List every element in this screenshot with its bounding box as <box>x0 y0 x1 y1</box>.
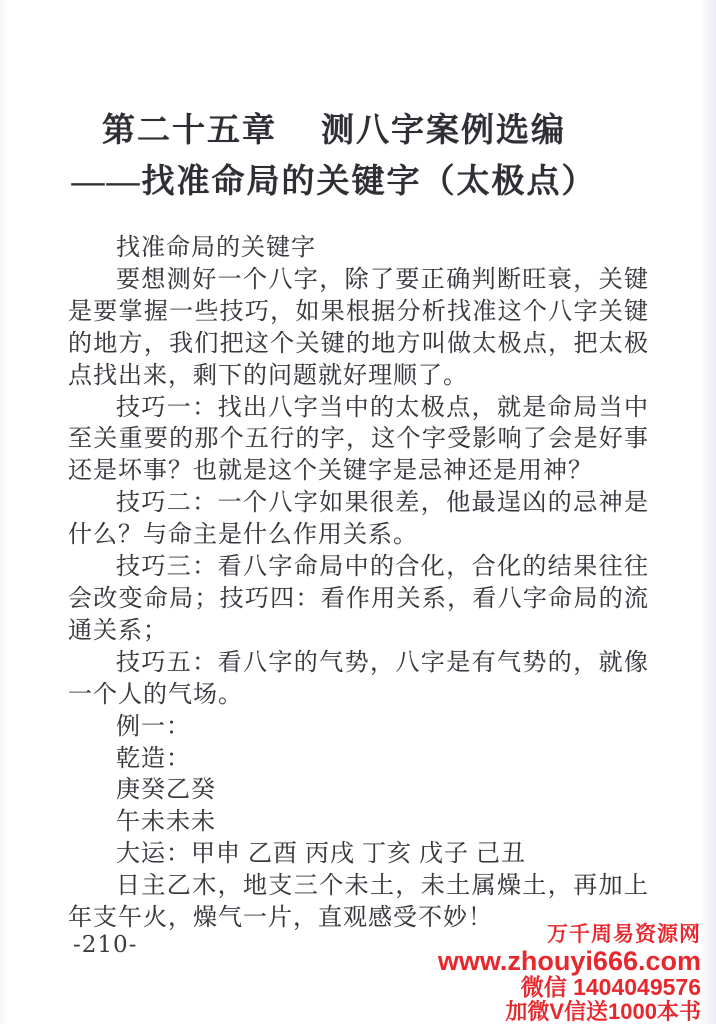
body-paragraph: 技巧三：看八字命局中的合化，合化的结果往往会改变命局；技巧四：看作用关系，看八字… <box>68 552 649 648</box>
earthly-branches-line: 午未未未 <box>68 807 649 839</box>
scanned-book-page: 第二十五章 测八字案例选编 ——找准命局的关键字（太极点） 找准命局的关键字 要… <box>0 0 716 1024</box>
body-text: 找准命局的关键字 要想测好一个八字，除了要正确判断旺衰，关键是要掌握一些技巧，如… <box>68 233 649 935</box>
chapter-number: 第二十五章 <box>102 106 277 157</box>
heavenly-stems-line: 庚癸乙癸 <box>68 775 649 807</box>
chapter-subject: 测八字案例选编 <box>321 106 566 157</box>
watermark-promo-text: 加微V信送1000本书 <box>438 1000 701 1024</box>
body-paragraph: 技巧二：一个八字如果很差，他最逞凶的忌神是什么？与命主是什么作用关系。 <box>68 488 649 552</box>
scan-edge-artifact-right <box>700 0 716 1024</box>
chapter-subtitle: ——找准命局的关键字（太极点） <box>0 157 668 208</box>
chapter-title: 第二十五章 测八字案例选编 <box>102 106 566 157</box>
body-paragraph: 技巧五：看八字的气势，八字是有气势的，就像一个人的气场。 <box>68 648 649 712</box>
watermark-url: www.zhouyi666.com <box>438 947 701 975</box>
watermark-block: 万千周易资源网 www.zhouyi666.com 微信 1404049576 … <box>438 922 701 1024</box>
body-paragraph: 要想测好一个八字，除了要正确判断旺衰，关键是要掌握一些技巧，如果根据分析找准这个… <box>68 265 649 393</box>
body-paragraph: 找准命局的关键字 <box>68 233 649 265</box>
luck-cycles-line: 大运：甲申 乙酉 丙戌 丁亥 戊子 己丑 <box>68 839 649 871</box>
chapter-title-block: 第二十五章 测八字案例选编 ——找准命局的关键字（太极点） <box>0 0 668 208</box>
page-number: -210- <box>73 932 137 958</box>
watermark-site-name: 万千周易资源网 <box>438 922 701 947</box>
chart-type-label: 乾造： <box>68 744 649 776</box>
watermark-wechat-id: 微信 1404049576 <box>438 975 701 1000</box>
body-paragraph: 技巧一：找出八字当中的太极点，就是命局当中至关重要的那个五行的字，这个字受影响了… <box>68 393 649 489</box>
example-label: 例一： <box>68 712 649 744</box>
